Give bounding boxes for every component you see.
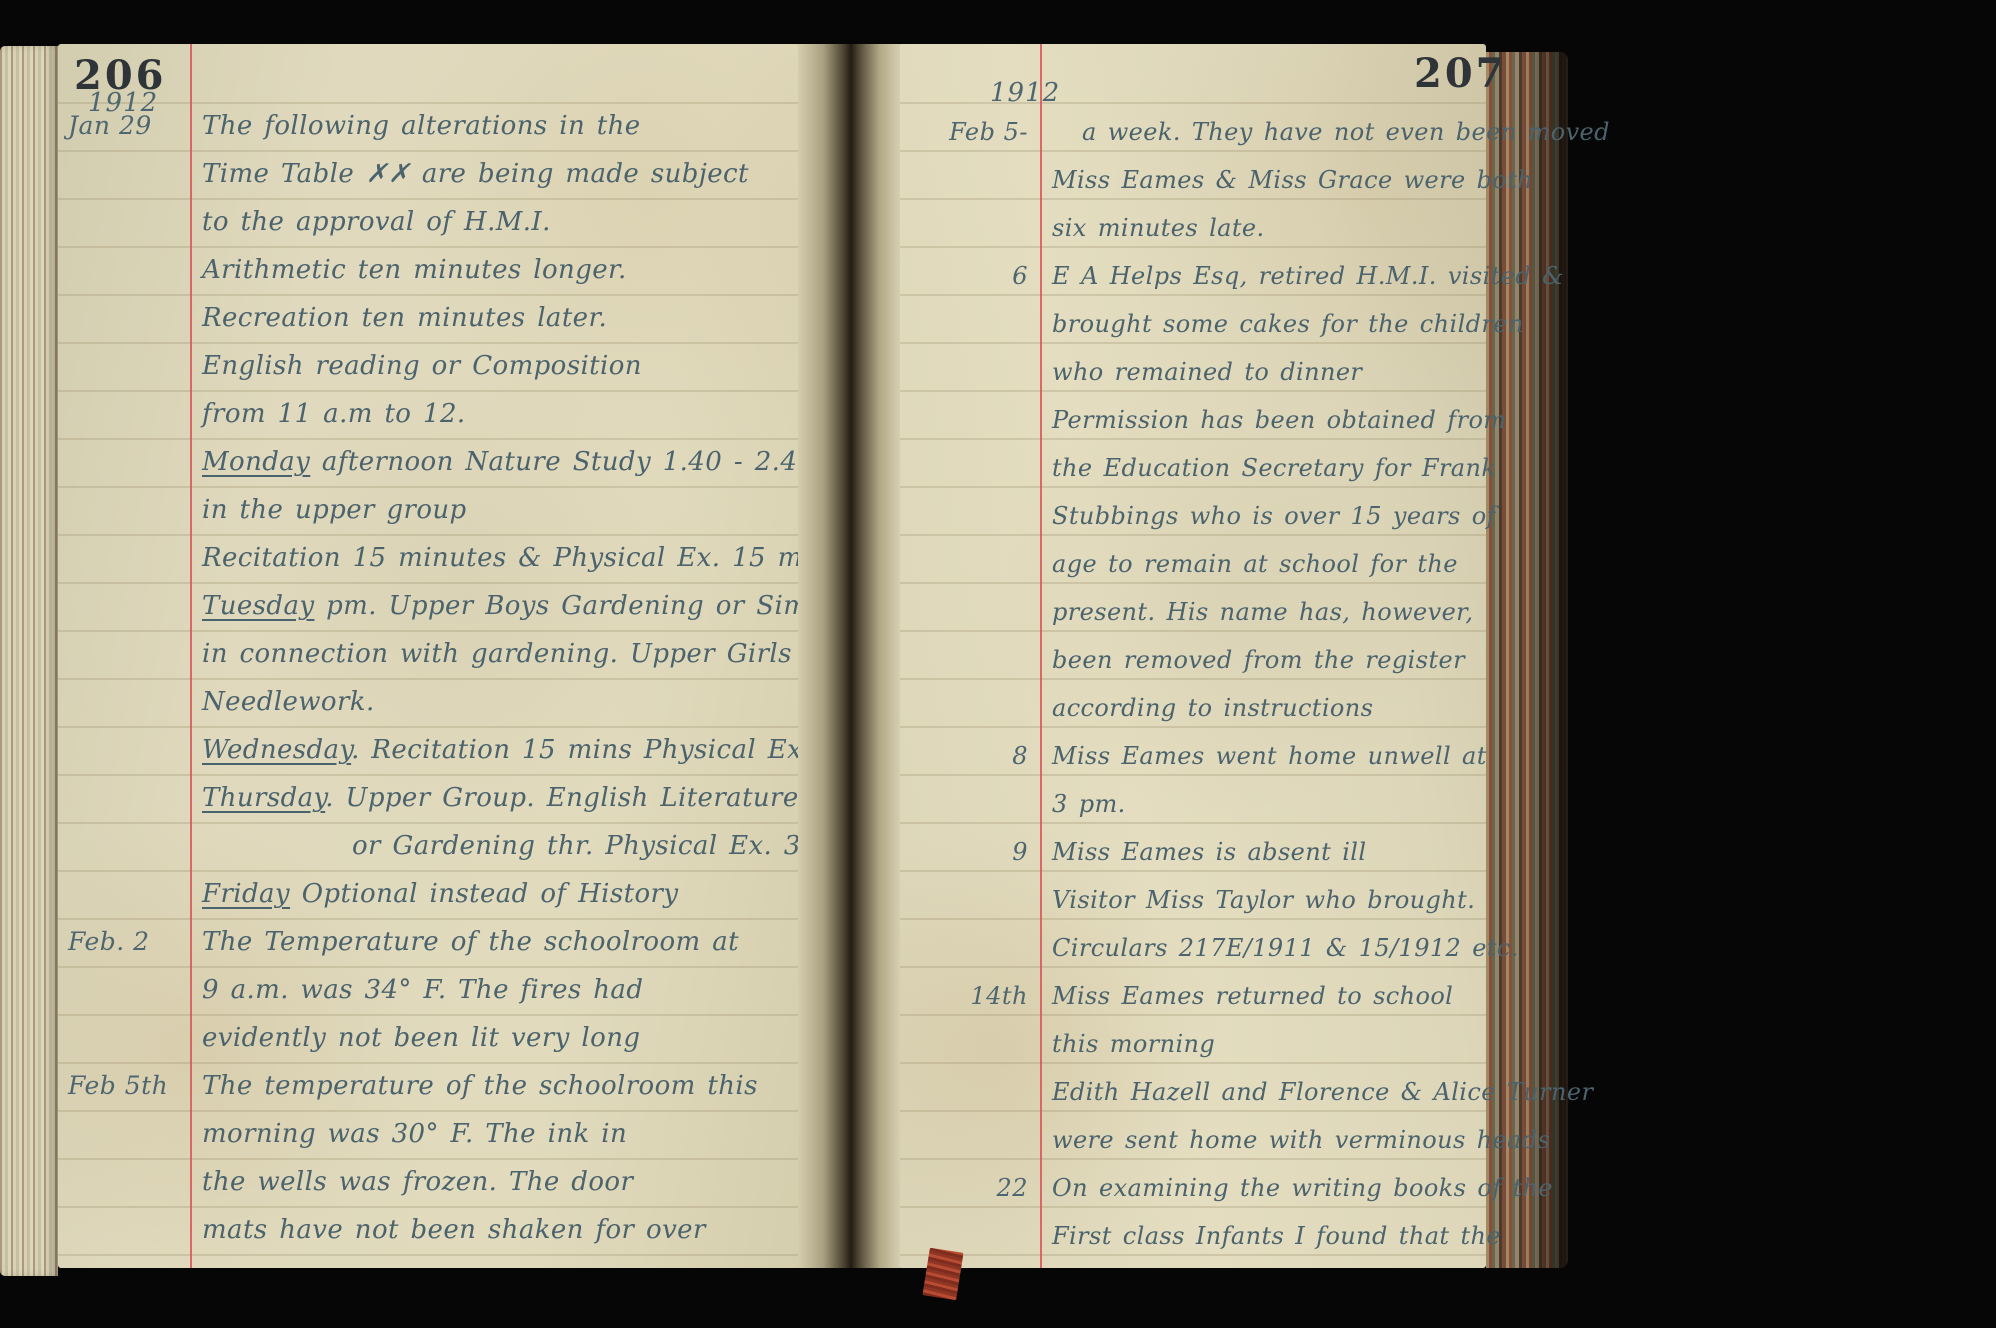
- entry-line: mats have not been shaken for over: [202, 1206, 800, 1254]
- entry-line: been removed from the register: [1052, 636, 1564, 684]
- entry-line: Circulars 217E/1911 & 15/1912 etc.: [1052, 924, 1519, 972]
- entry-line: from 11 a.m to 12.: [202, 390, 1004, 438]
- entry-line: evidently not been lit very long: [202, 1014, 800, 1062]
- entry-line: morning was 30° F. The ink in: [202, 1110, 800, 1158]
- entry-line: The temperature of the schoolroom this: [202, 1062, 800, 1110]
- log-entry: Jan 29The following alterations in theTi…: [58, 102, 800, 918]
- entry-line: the Education Secretary for Frank: [1052, 444, 1564, 492]
- underlined-word: Monday: [202, 447, 310, 477]
- entry-date: Feb. 2: [58, 918, 190, 966]
- entry-date: 9: [898, 828, 1040, 876]
- entry-line: age to remain at school for the: [1052, 540, 1564, 588]
- entry-date: 14th: [898, 972, 1040, 1020]
- entry-body: E A Helps Esq, retired H.M.I. visited &b…: [1040, 252, 1564, 732]
- entry-line: or Gardening thr. Physical Ex. 30 mins: [202, 822, 1004, 870]
- underlined-word: Thursday: [202, 783, 325, 813]
- underlined-word: Wednesday: [202, 735, 351, 765]
- entry-line: the wells was frozen. The door: [202, 1158, 800, 1206]
- entry-body: a week. They have not even been movedMis…: [1040, 108, 1610, 252]
- entry-line: Arithmetic ten minutes longer.: [202, 246, 1004, 294]
- entry-line: The Temperature of the schoolroom at: [202, 918, 800, 966]
- entry-line: 9 a.m. was 34° F. The fires had: [202, 966, 800, 1014]
- entry-line: Needlework.: [202, 678, 1004, 726]
- log-entry: 14thMiss Eames returned to schoolthis mo…: [898, 972, 1486, 1164]
- entry-line: 3 pm.: [1052, 780, 1487, 828]
- year-heading-right: 1912: [990, 78, 1060, 108]
- entry-line: E A Helps Esq, retired H.M.I. visited &: [1052, 252, 1564, 300]
- page-number-right: 207: [1414, 50, 1507, 97]
- log-entry: 6E A Helps Esq, retired H.M.I. visited &…: [898, 252, 1486, 732]
- entry-date: Feb 5th: [58, 1062, 190, 1110]
- bookmark-ribbon: [922, 1248, 963, 1301]
- log-entry: 22On examining the writing books of theF…: [898, 1164, 1486, 1260]
- entry-body: Miss Eames returned to schoolthis mornin…: [1040, 972, 1593, 1164]
- entry-body: Miss Eames is absent illVisitor Miss Tay…: [1040, 828, 1519, 972]
- underlined-word: Friday: [202, 879, 290, 909]
- left-page: 206 1912 Jan 29The following alterations…: [58, 44, 800, 1268]
- entry-line: who remained to dinner: [1052, 348, 1564, 396]
- entry-line: Permission has been obtained from: [1052, 396, 1564, 444]
- entry-line: Visitor Miss Taylor who brought.: [1052, 876, 1519, 924]
- entry-body: On examining the writing books of theFir…: [1040, 1164, 1553, 1260]
- entry-line: Wednesday. Recitation 15 mins Physical E…: [202, 726, 1004, 774]
- entry-line: Miss Eames went home unwell at: [1052, 732, 1487, 780]
- entry-line: were sent home with verminous heads: [1052, 1116, 1593, 1164]
- entry-line: Friday Optional instead of History: [202, 870, 1004, 918]
- open-logbook: 206 1912 Jan 29The following alterations…: [0, 0, 1996, 1328]
- entry-date: 8: [898, 732, 1040, 780]
- entry-line: to the approval of H.M.I.: [202, 198, 1004, 246]
- entry-body: The temperature of the schoolroom thismo…: [190, 1062, 800, 1254]
- entry-line: Stubbings who is over 15 years of: [1052, 492, 1564, 540]
- entry-body: The Temperature of the schoolroom at9 a.…: [190, 918, 800, 1062]
- entry-line: Recitation 15 minutes & Physical Ex. 15 …: [202, 534, 1004, 582]
- entry-line: according to instructions: [1052, 684, 1564, 732]
- entry-line: Recreation ten minutes later.: [202, 294, 1004, 342]
- year-heading-left: 1912: [88, 88, 158, 118]
- entry-line: six minutes late.: [1052, 204, 1610, 252]
- entry-line: Miss Eames is absent ill: [1052, 828, 1519, 876]
- entries-left: Jan 29The following alterations in theTi…: [58, 102, 800, 1254]
- entry-line: Time Table ✗✗ are being made subject: [202, 150, 1004, 198]
- entry-body: The following alterations in theTime Tab…: [190, 102, 1004, 918]
- entry-line: present. His name has, however,: [1052, 588, 1564, 636]
- entry-line: in connection with gardening. Upper Girl…: [202, 630, 1004, 678]
- entry-line: Miss Eames returned to school: [1052, 972, 1593, 1020]
- entry-line: First class Infants I found that the: [1052, 1212, 1553, 1260]
- entry-line: this morning: [1052, 1020, 1593, 1068]
- log-entry: 8Miss Eames went home unwell at3 pm.: [898, 732, 1486, 828]
- entry-line: brought some cakes for the children: [1052, 300, 1564, 348]
- entry-line: English reading or Composition: [202, 342, 1004, 390]
- log-entry: 9Miss Eames is absent illVisitor Miss Ta…: [898, 828, 1486, 972]
- log-entry: Feb 5-a week. They have not even been mo…: [898, 108, 1486, 252]
- log-entry: Feb 5thThe temperature of the schoolroom…: [58, 1062, 800, 1254]
- entry-line: Miss Eames & Miss Grace were both: [1052, 156, 1610, 204]
- entry-date: 6: [898, 252, 1040, 300]
- right-page: 207 1912 Feb 5-a week. They have not eve…: [898, 44, 1486, 1268]
- underlined-word: Tuesday: [202, 591, 314, 621]
- entry-line: Tuesday pm. Upper Boys Gardening or Simp…: [202, 582, 1004, 630]
- entry-line: Thursday. Upper Group. English Literatur…: [202, 774, 1004, 822]
- entry-line: The following alterations in the: [202, 102, 1004, 150]
- entry-body: Miss Eames went home unwell at3 pm.: [1040, 732, 1487, 828]
- entry-line: a week. They have not even been moved: [1052, 108, 1610, 156]
- entry-line: in the upper group: [202, 486, 1004, 534]
- entry-line: On examining the writing books of the: [1052, 1164, 1553, 1212]
- log-entry: Feb. 2The Temperature of the schoolroom …: [58, 918, 800, 1062]
- entry-line: Monday afternoon Nature Study 1.40 - 2.4…: [202, 438, 1004, 486]
- entry-line: Edith Hazell and Florence & Alice Turner: [1052, 1068, 1593, 1116]
- left-page-edges: [0, 46, 58, 1276]
- entries-right: Feb 5-a week. They have not even been mo…: [898, 108, 1486, 1260]
- entry-date: Feb 5-: [898, 108, 1040, 156]
- entry-date: 22: [898, 1164, 1040, 1212]
